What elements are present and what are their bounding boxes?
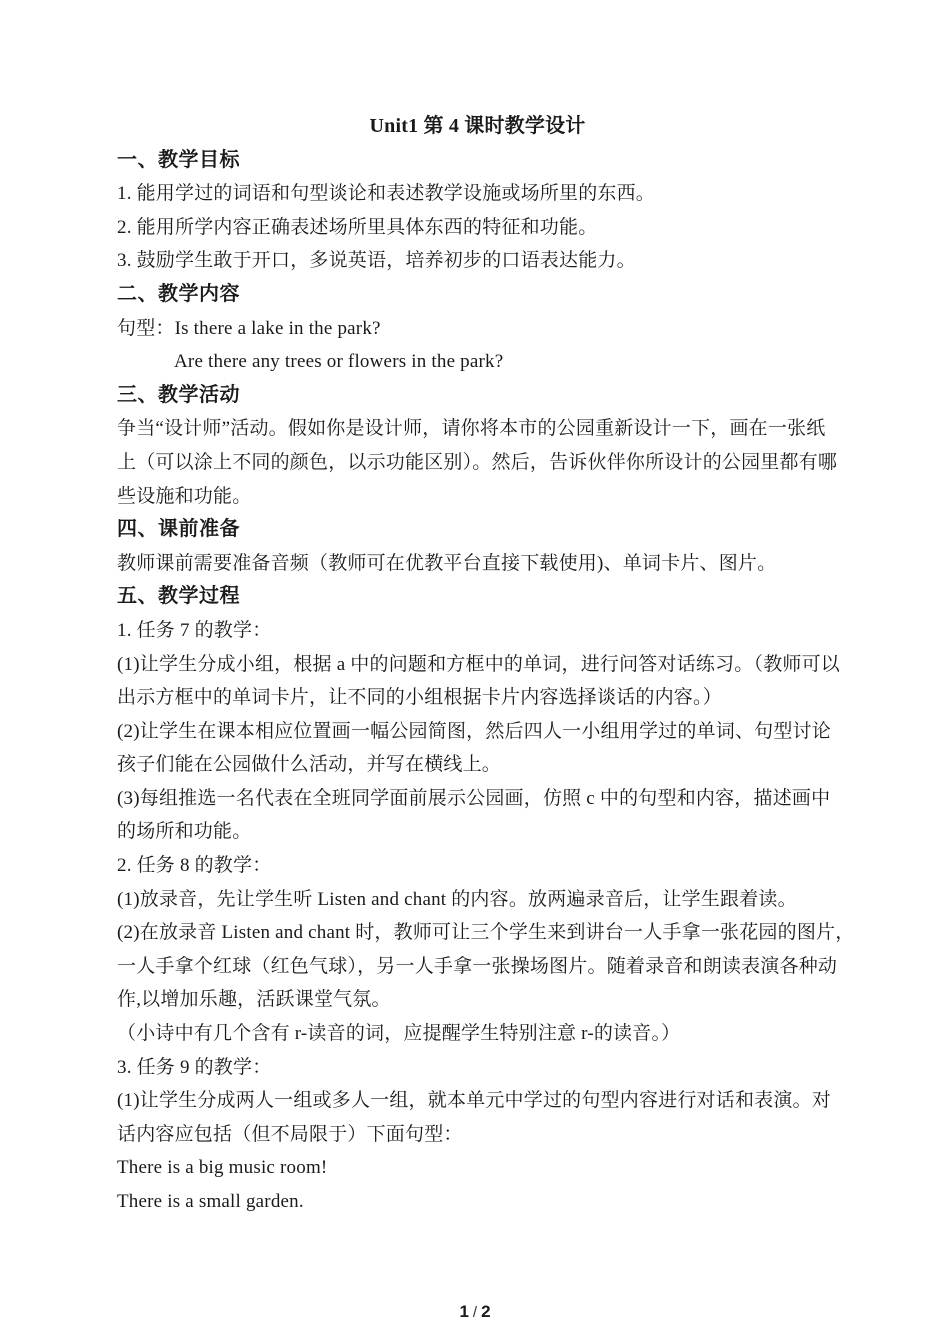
section-heading: 二、教学内容	[117, 278, 838, 312]
document-content: Unit1 第 4 课时教学设计 一、教学目标1. 能用学过的词语和句型谈论和表…	[117, 110, 838, 1219]
text-line: There is a big music room!	[117, 1151, 838, 1185]
text-line: There is a small garden.	[117, 1185, 838, 1219]
text-line: 作,以增加乐趣，活跃课堂气氛。	[117, 983, 838, 1017]
text-line: 1. 任务 7 的教学：	[117, 614, 838, 648]
document-page: Unit1 第 4 课时教学设计 一、教学目标1. 能用学过的词语和句型谈论和表…	[0, 0, 950, 1344]
text-line: 3. 任务 9 的教学：	[117, 1051, 838, 1085]
text-line: 孩子们能在公园做什么活动，并写在横线上。	[117, 748, 838, 782]
text-line: 话内容应包括（但不局限于）下面句型：	[117, 1118, 838, 1152]
text-line: 出示方框中的单词卡片，让不同的小组根据卡片内容选择谈话的内容。）	[117, 681, 838, 715]
text-line: （小诗中有几个含有 r-读音的词，应提醒学生特别注意 r-的读音。）	[117, 1017, 838, 1051]
text-line: 1. 能用学过的词语和句型谈论和表述教学设施或场所里的东西。	[117, 177, 838, 211]
text-line: (1)让学生分成两人一组或多人一组，就本单元中学过的句型内容进行对话和表演。对	[117, 1084, 838, 1118]
text-line: 2. 任务 8 的教学：	[117, 849, 838, 883]
text-line: 2. 能用所学内容正确表述场所里具体东西的特征和功能。	[117, 211, 838, 245]
text-line: 的场所和功能。	[117, 815, 838, 849]
section-heading: 四、课前准备	[117, 513, 838, 547]
text-line: (1)放录音，先让学生听 Listen and chant 的内容。放两遍录音后…	[117, 883, 838, 917]
text-line: 教师课前需要准备音频（教师可在优教平台直接下载使用)、单词卡片、图片。	[117, 547, 838, 581]
text-line: (1)让学生分成小组，根据 a 中的问题和方框中的单词，进行问答对话练习。（教师…	[117, 648, 838, 682]
text-line: Are there any trees or flowers in the pa…	[117, 345, 838, 379]
text-line: (2)在放录音 Listen and chant 时，教师可让三个学生来到讲台一…	[117, 916, 838, 950]
text-line: 些设施和功能。	[117, 480, 838, 514]
text-line: 争当“设计师”活动。假如你是设计师，请你将本市的公园重新设计一下，画在一张纸	[117, 412, 838, 446]
section-heading: 五、教学过程	[117, 580, 838, 614]
document-title: Unit1 第 4 课时教学设计	[117, 110, 838, 144]
document-body: 一、教学目标1. 能用学过的词语和句型谈论和表述教学设施或场所里的东西。2. 能…	[117, 144, 838, 1219]
footer-page-count: 2	[481, 1302, 490, 1321]
text-line: 上（可以涂上不同的颜色，以示功能区别）。然后，告诉伙伴你所设计的公园里都有哪	[117, 446, 838, 480]
footer-current-page: 1	[459, 1302, 468, 1321]
page-footer: 1/2	[0, 1300, 950, 1325]
section-heading: 一、教学目标	[117, 144, 838, 178]
text-line: 句型：Is there a lake in the park?	[117, 312, 838, 346]
text-line: 3. 鼓励学生敢于开口，多说英语，培养初步的口语表达能力。	[117, 244, 838, 278]
section-heading: 三、教学活动	[117, 379, 838, 413]
text-line: (3)每组推选一名代表在全班同学面前展示公园画，仿照 c 中的句型和内容，描述画…	[117, 782, 838, 816]
footer-separator: /	[469, 1304, 481, 1321]
text-line: (2)让学生在课本相应位置画一幅公园简图，然后四人一小组用学过的单词、句型讨论	[117, 715, 838, 749]
text-line: 一人手拿个红球（红色气球），另一人手拿一张操场图片。随着录音和朗读表演各种动	[117, 950, 838, 984]
